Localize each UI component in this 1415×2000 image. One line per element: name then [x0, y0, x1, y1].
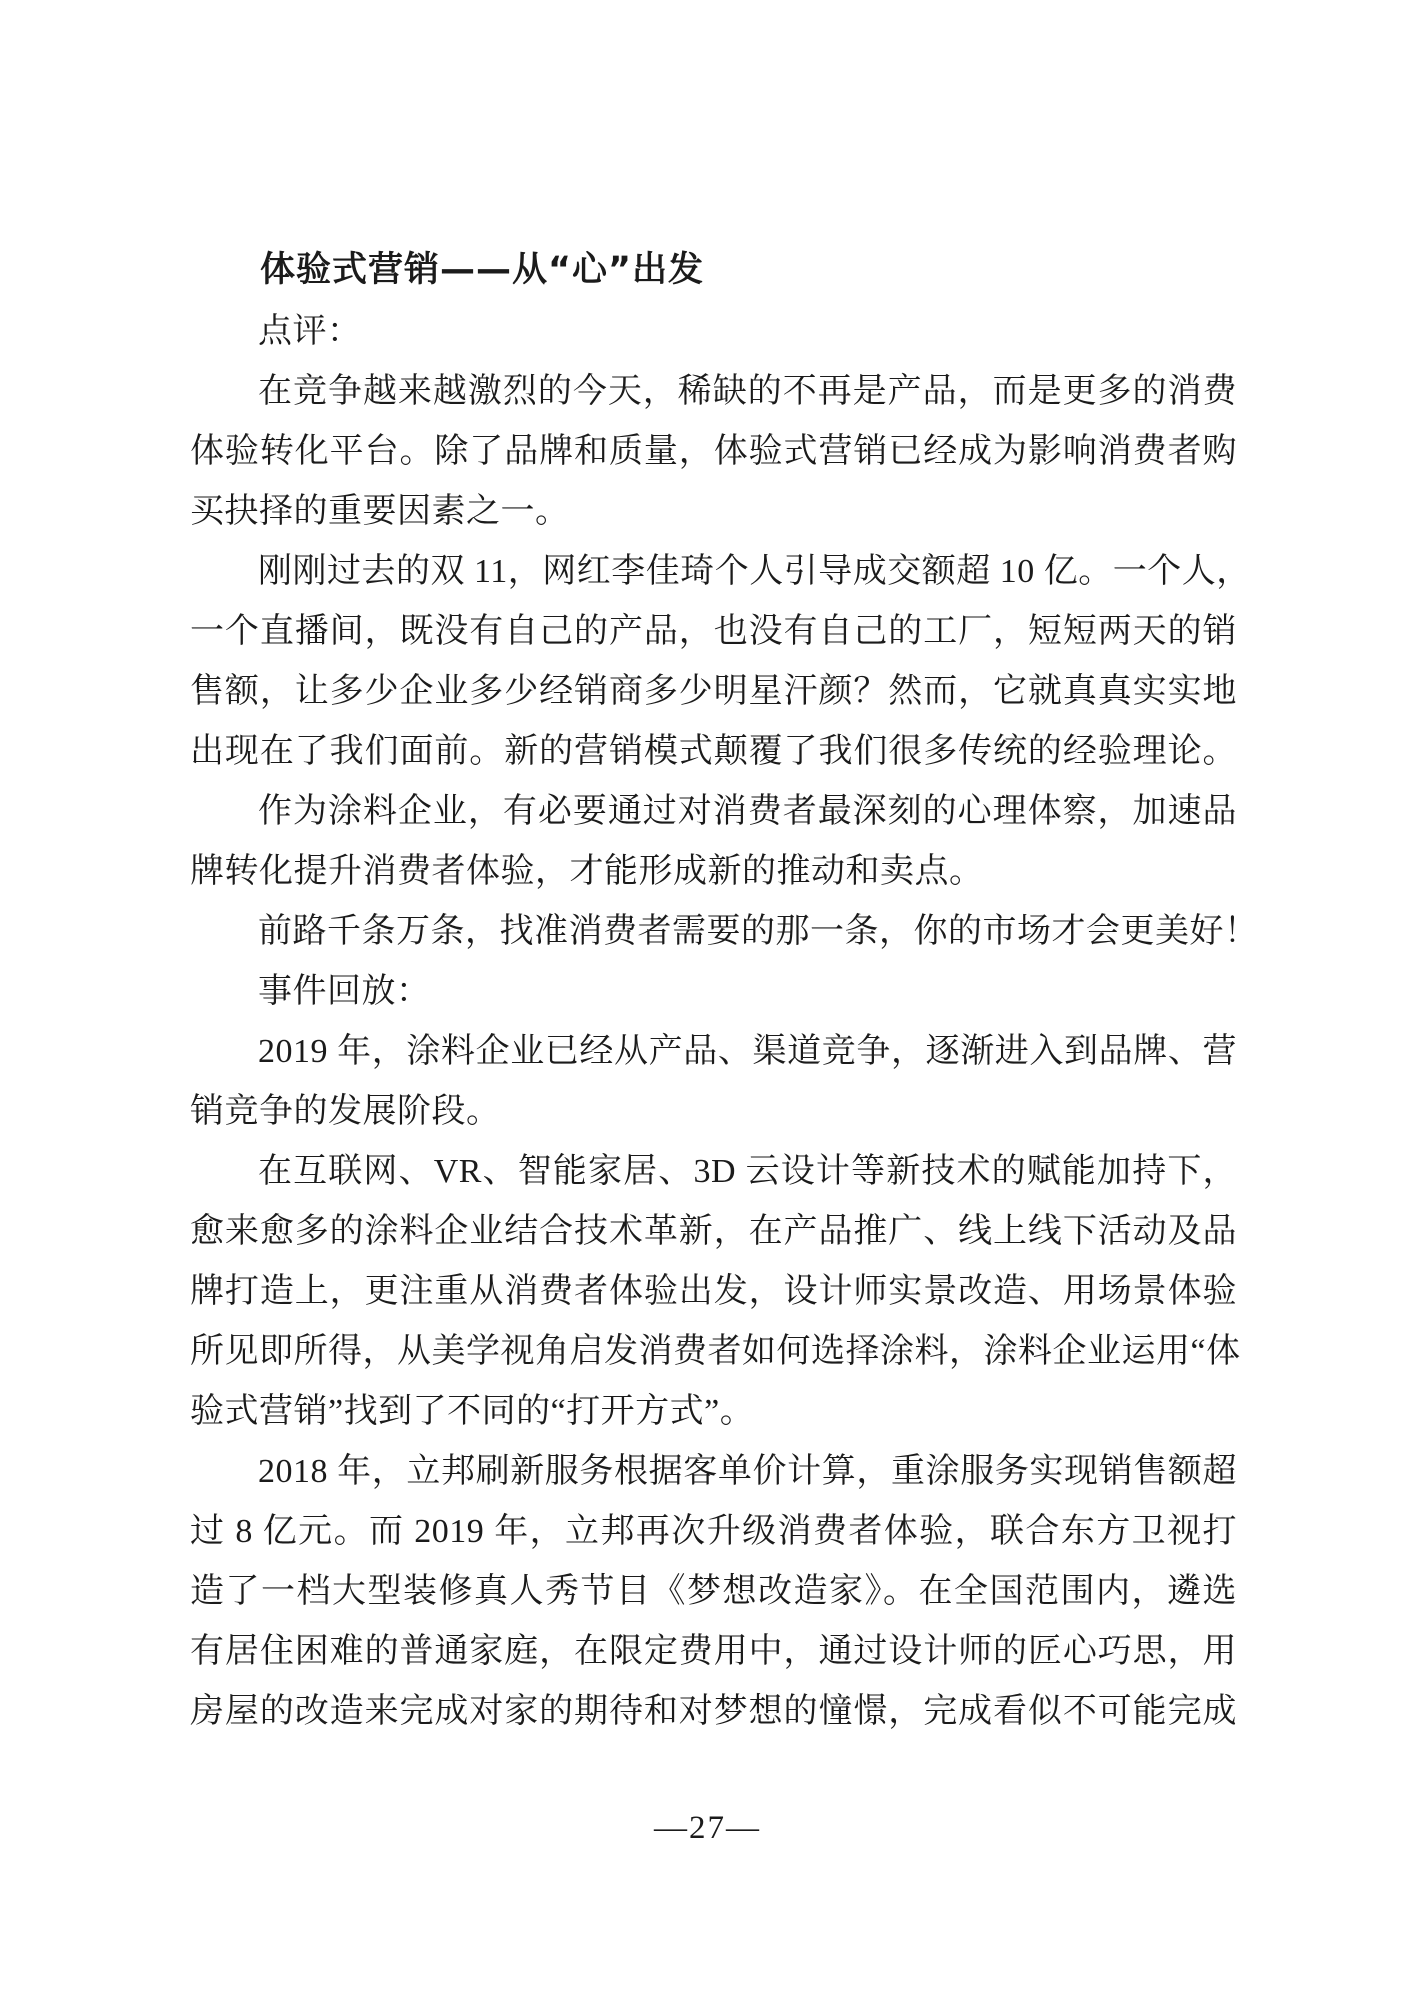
text-line: 过 8 亿元。而 2019 年，立邦再次升级消费者体验，联合东方卫视打 — [190, 1502, 1237, 1562]
text-line: 验式营销”找到了不同的“打开方式”。 — [190, 1382, 1237, 1442]
text-line: 体验转化平台。除了品牌和质量，体验式营销已经成为影响消费者购 — [190, 422, 1237, 482]
text-line: 刚刚过去的双 11，网红李佳琦个人引导成交额超 10 亿。一个人， — [190, 542, 1237, 602]
text-line: 2018 年，立邦刷新服务根据客单价计算，重涂服务实现销售额超 — [190, 1442, 1237, 1502]
text-line-events-label: 事件回放： — [190, 962, 1237, 1022]
text-line: 前路千条万条，找准消费者需要的那一条，你的市场才会更美好！ — [190, 902, 1237, 962]
page-number: —27— — [0, 1806, 1415, 1850]
text-line: 作为涂料企业，有必要通过对消费者最深刻的心理体察，加速品 — [190, 782, 1237, 842]
document-page: 体验式营销——从“心”出发 点评： 在竞争越来越激烈的今天，稀缺的不再是产品，而… — [0, 0, 1415, 2000]
text-line: 牌打造上，更注重从消费者体验出发，设计师实景改造、用场景体验 — [190, 1262, 1237, 1322]
text-line: 在竞争越来越激烈的今天，稀缺的不再是产品，而是更多的消费 — [190, 362, 1237, 422]
document-title: 体验式营销——从“心”出发 — [190, 238, 1237, 302]
text-line: 牌转化提升消费者体验，才能形成新的推动和卖点。 — [190, 842, 1237, 902]
text-line: 造了一档大型装修真人秀节目《梦想改造家》。在全国范围内，遴选 — [190, 1562, 1237, 1622]
text-line: 在互联网、VR、智能家居、3D 云设计等新技术的赋能加持下， — [190, 1142, 1237, 1202]
text-line: 2019 年，涂料企业已经从产品、渠道竞争，逐渐进入到品牌、营 — [190, 1022, 1237, 1082]
text-line-comment-label: 点评： — [190, 302, 1237, 362]
text-line: 出现在了我们面前。新的营销模式颠覆了我们很多传统的经验理论。 — [190, 722, 1237, 782]
text-line: 有居住困难的普通家庭，在限定费用中，通过设计师的匠心巧思，用 — [190, 1622, 1237, 1682]
text-line: 售额，让多少企业多少经销商多少明星汗颜？然而，它就真真实实地 — [190, 662, 1237, 722]
text-line: 所见即所得，从美学视角启发消费者如何选择涂料，涂料企业运用“体 — [190, 1322, 1237, 1382]
text-line: 买抉择的重要因素之一。 — [190, 482, 1237, 542]
document-body: 体验式营销——从“心”出发 点评： 在竞争越来越激烈的今天，稀缺的不再是产品，而… — [190, 238, 1237, 1742]
text-line: 销竞争的发展阶段。 — [190, 1082, 1237, 1142]
text-line: 房屋的改造来完成对家的期待和对梦想的憧憬，完成看似不可能完成 — [190, 1682, 1237, 1742]
text-line: 愈来愈多的涂料企业结合技术革新，在产品推广、线上线下活动及品 — [190, 1202, 1237, 1262]
text-line: 一个直播间，既没有自己的产品，也没有自己的工厂，短短两天的销 — [190, 602, 1237, 662]
